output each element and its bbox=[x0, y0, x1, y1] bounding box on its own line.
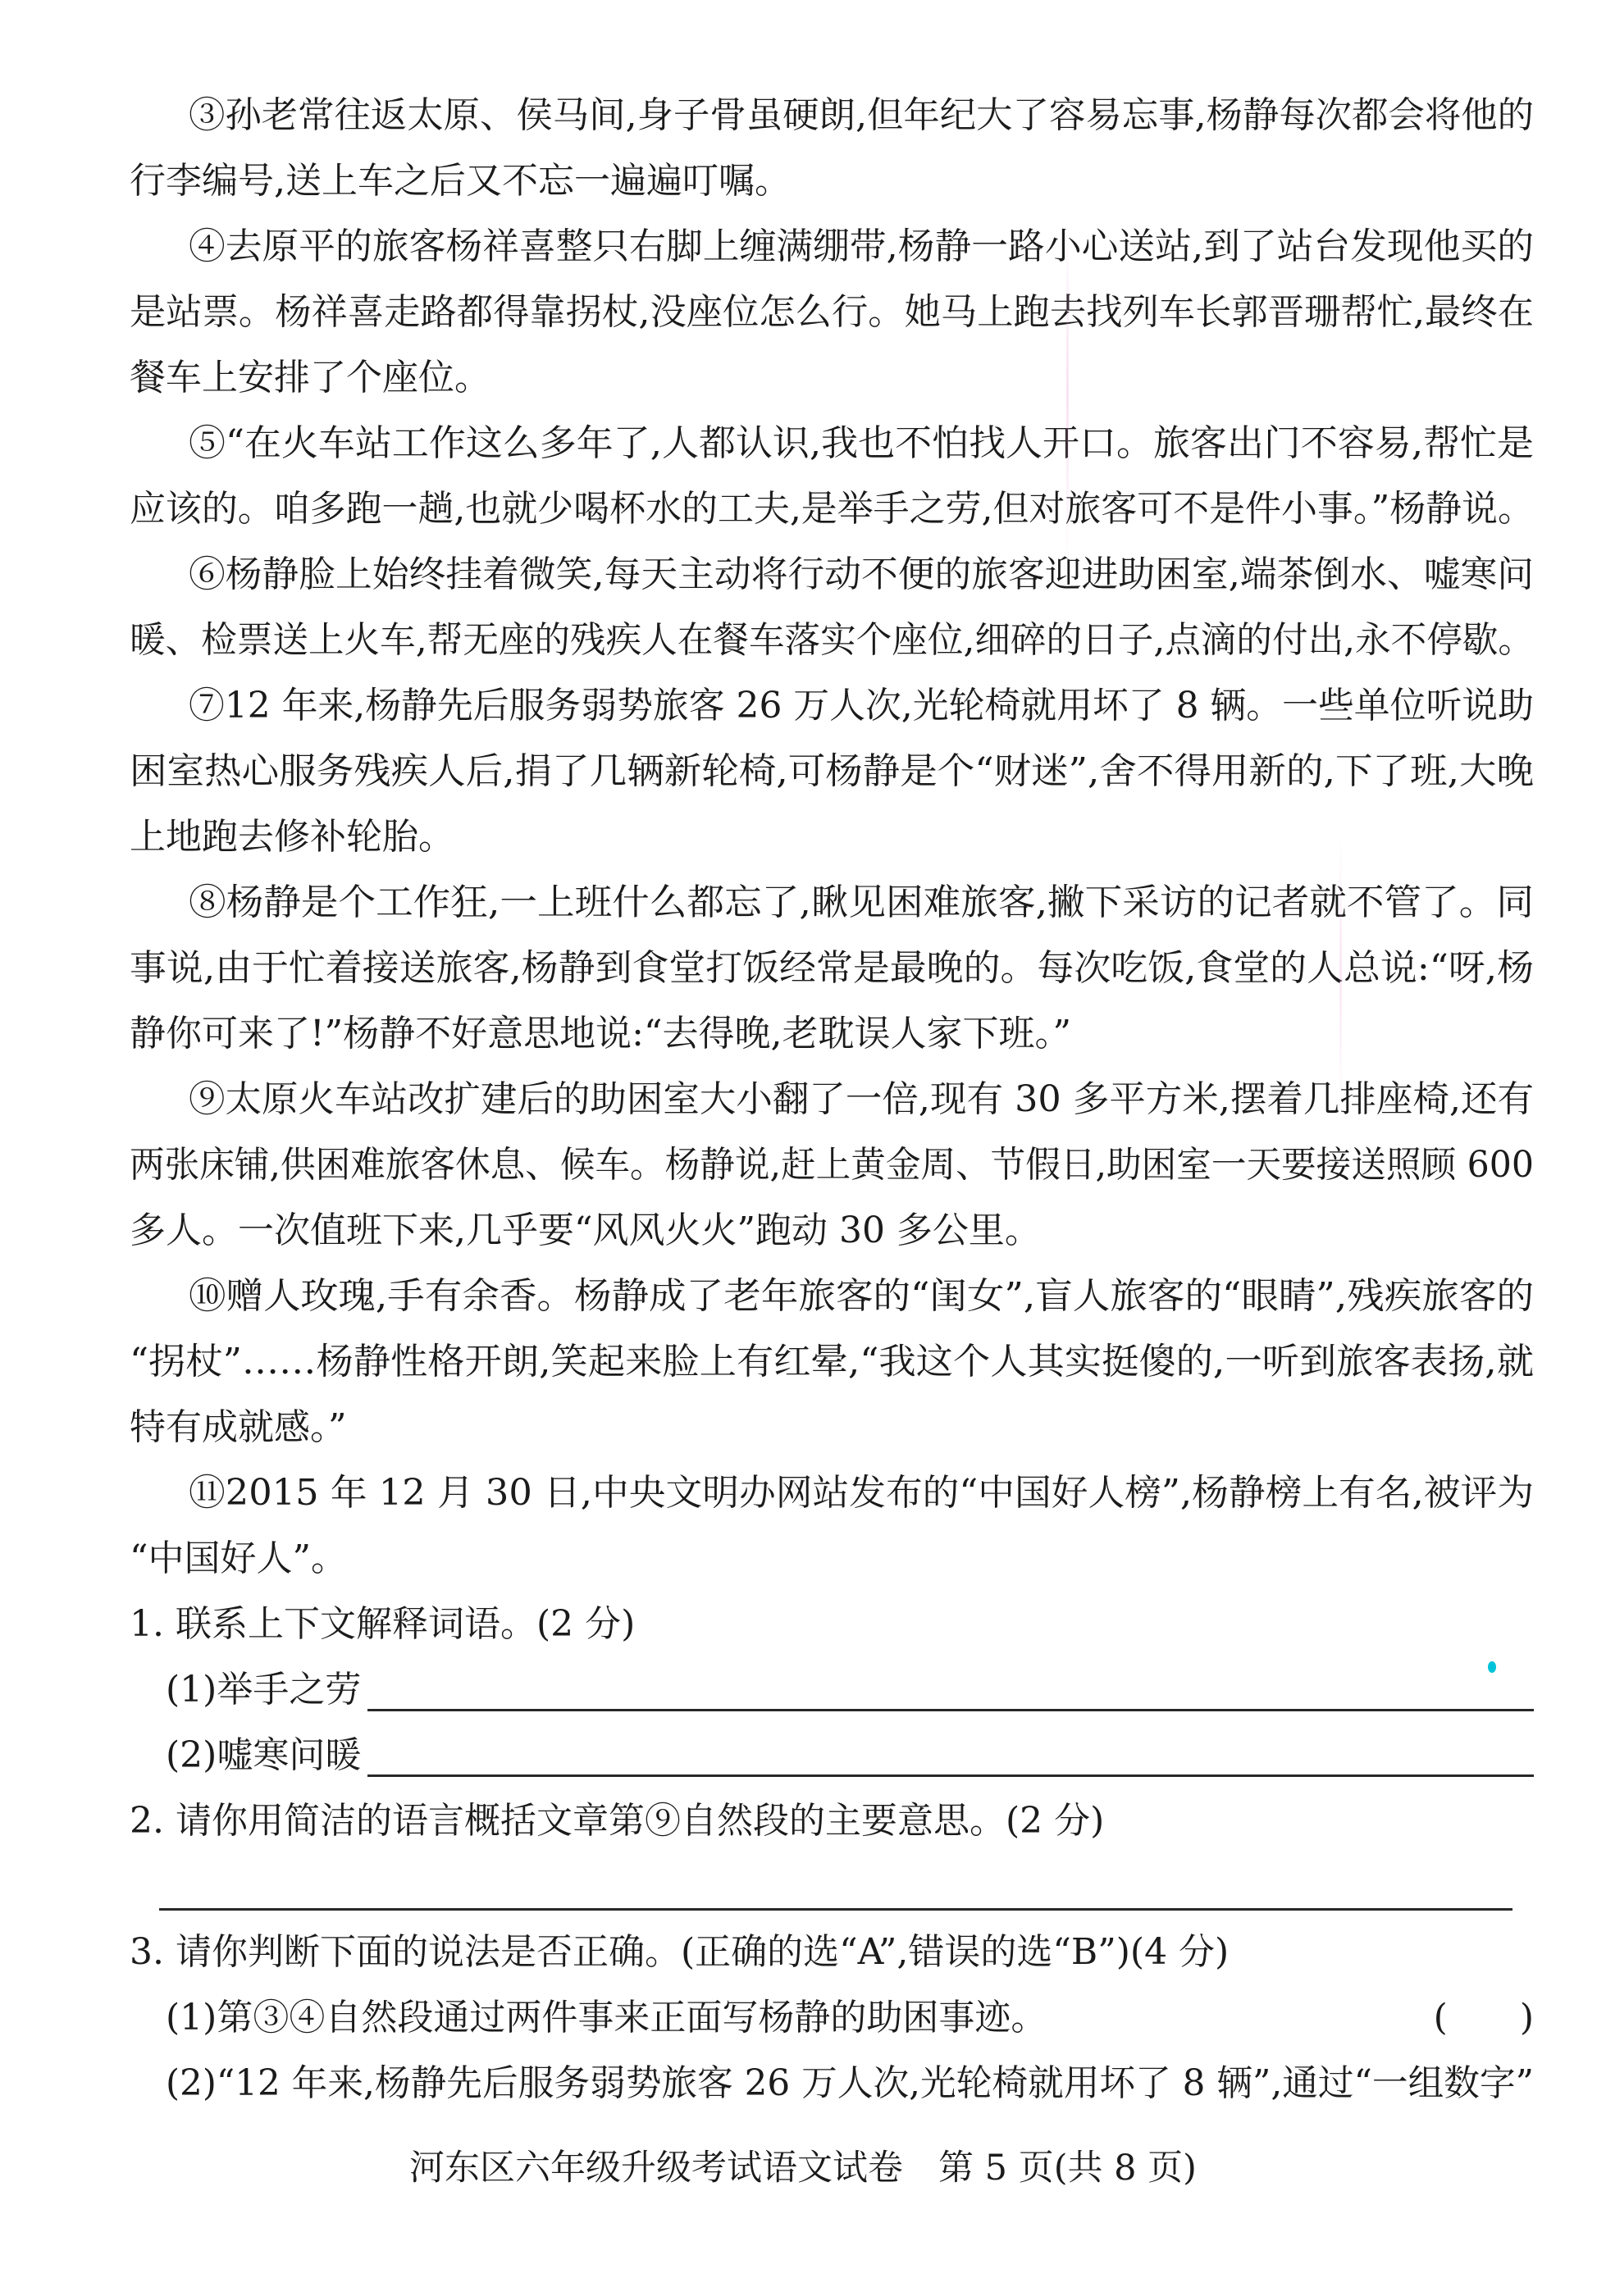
passage-paragraph-8: ⑧杨静是个工作狂,一上班什么都忘了,瞅见困难旅客,撇下采访的记者就不管了。同事说… bbox=[130, 870, 1534, 1067]
page-content: ③孙老常往返太原、侯马间,身子骨虽硬朗,但年纪大了容易忘事,杨静每次都会将他的行… bbox=[130, 83, 1534, 2116]
passage-paragraph-5: ⑤“在火车站工作这么多年了,人都认识,我也不怕找人开口。旅客出门不容易,帮忙是应… bbox=[130, 411, 1534, 542]
passage-line: “中国好人”。 bbox=[130, 1526, 1534, 1592]
passage-paragraph-9: ⑨太原火车站改扩建后的助困室大小翻了一倍,现有 30 多平方米,摆着几排座椅,还… bbox=[130, 1067, 1534, 1264]
question-3-item-2: (2)“12 年来,杨静先后服务弱势旅客 26 万人次,光轮椅就用坏了 8 辆”… bbox=[130, 2051, 1534, 2116]
passage-paragraph-11: ⑪2015 年 12 月 30 日,中央文明办网站发布的“中国好人榜”,杨静榜上… bbox=[130, 1460, 1534, 1592]
passage-line: 暖、检票送上火车,帮无座的残疾人在餐车落实个座位,细碎的日子,点滴的付出,永不停… bbox=[130, 608, 1534, 673]
question-2-text: 2. 请你用简洁的语言概括文章第⑨自然段的主要意思。(2 分) bbox=[130, 1800, 1104, 1842]
question-3-item-1-label: (1)第③④自然段通过两件事来正面写杨静的助困事迹。 bbox=[166, 1985, 1047, 2051]
passage-line: ⑨太原火车站改扩建后的助困室大小翻了一倍,现有 30 多平方米,摆着几排座椅,还… bbox=[130, 1067, 1534, 1132]
passage-paragraph-7: ⑦12 年来,杨静先后服务弱势旅客 26 万人次,光轮椅就用坏了 8 辆。一些单… bbox=[130, 673, 1534, 870]
reading-passage: ③孙老常往返太原、侯马间,身子骨虽硬朗,但年纪大了容易忘事,杨静每次都会将他的行… bbox=[130, 83, 1534, 1592]
question-1-label: 1. 联系上下文解释词语。(2 分) bbox=[130, 1592, 1534, 1657]
question-3-item-2-label: (2)“12 年来,杨静先后服务弱势旅客 26 万人次,光轮椅就用坏了 8 辆”… bbox=[166, 2051, 1534, 2116]
passage-line: 特有成就感。” bbox=[130, 1395, 1534, 1460]
question-3-item-1: (1)第③④自然段通过两件事来正面写杨静的助困事迹。 ( ) bbox=[130, 1985, 1534, 2051]
passage-line: ⑦12 年来,杨静先后服务弱势旅客 26 万人次,光轮椅就用坏了 8 辆。一些单… bbox=[130, 673, 1534, 739]
passage-line: 行李编号,送上车之后又不忘一遍遍叮嘱。 bbox=[130, 148, 1534, 214]
passage-line: 两张床铺,供困难旅客休息、候车。杨静说,赶上黄金周、节假日,助困室一天要接送照顾… bbox=[130, 1132, 1534, 1198]
passage-line: ④去原平的旅客杨祥喜整只右脚上缠满绷带,杨静一路小心送站,到了站台发现他买的 bbox=[130, 214, 1534, 280]
passage-line: 上地跑去修补轮胎。 bbox=[130, 804, 1534, 870]
passage-line: 餐车上安排了个座位。 bbox=[130, 345, 1534, 411]
passage-paragraph-10: ⑩赠人玫瑰,手有余香。杨静成了老年旅客的“闺女”,盲人旅客的“眼睛”,残疾旅客的… bbox=[130, 1264, 1534, 1460]
passage-line: ③孙老常往返太原、侯马间,身子骨虽硬朗,但年纪大了容易忘事,杨静每次都会将他的 bbox=[130, 83, 1534, 148]
answer-blank-line bbox=[367, 1723, 1534, 1777]
question-2-label: 2. 请你用简洁的语言概括文章第⑨自然段的主要意思。(2 分) bbox=[130, 1788, 1534, 1854]
passage-line: 静你可来了!”杨静不好意思地说:“去得晚,老耽误人家下班。” bbox=[130, 1001, 1534, 1067]
question-1-item-2-label: (2)嘘寒问暖 bbox=[166, 1723, 361, 1788]
passage-line: 事说,由于忙着接送旅客,杨静到食堂打饭经常是最晚的。每次吃饭,食堂的人总说:“呀… bbox=[130, 936, 1534, 1001]
scan-artifact-dot bbox=[1488, 1661, 1496, 1673]
passage-line: “拐杖”……杨静性格开朗,笑起来脸上有红晕,“我这个人其实挺傻的,一听到旅客表扬… bbox=[130, 1329, 1534, 1395]
passage-line: ⑧杨静是个工作狂,一上班什么都忘了,瞅见困难旅客,撇下采访的记者就不管了。同 bbox=[130, 870, 1534, 936]
question-2-answer-row bbox=[130, 1854, 1534, 1920]
page-footer: 河东区六年级升级考试语文试卷 第 5 页(共 8 页) bbox=[0, 2142, 1606, 2194]
answer-blank-line bbox=[159, 1854, 1512, 1911]
passage-line: ⑪2015 年 12 月 30 日,中央文明办网站发布的“中国好人榜”,杨静榜上… bbox=[130, 1460, 1534, 1526]
passage-line: 困室热心服务残疾人后,捐了几辆新轮椅,可杨静是个“财迷”,舍不得用新的,下了班,… bbox=[130, 739, 1534, 804]
passage-paragraph-6: ⑥杨静脸上始终挂着微笑,每天主动将行动不便的旅客迎进助困室,端茶倒水、嘘寒问暖、… bbox=[130, 542, 1534, 673]
question-3-label: 3. 请你判断下面的说法是否正确。(正确的选“A”,错误的选“B”)(4 分) bbox=[130, 1920, 1534, 1985]
passage-line: 应该的。咱多跑一趟,也就少喝杯水的工夫,是举手之劳,但对旅客可不是件小事。”杨静… bbox=[130, 476, 1534, 542]
passage-paragraph-3: ③孙老常往返太原、侯马间,身子骨虽硬朗,但年纪大了容易忘事,杨静每次都会将他的行… bbox=[130, 83, 1534, 214]
question-1-item-1: (1)举手之劳 bbox=[130, 1657, 1534, 1723]
passage-line: ⑥杨静脸上始终挂着微笑,每天主动将行动不便的旅客迎进助困室,端茶倒水、嘘寒问 bbox=[130, 542, 1534, 608]
question-1-item-2: (2)嘘寒问暖 bbox=[130, 1723, 1534, 1788]
answer-parentheses: ( ) bbox=[1434, 1985, 1534, 2051]
passage-line: 多人。一次值班下来,几乎要“风风火火”跑动 30 多公里。 bbox=[130, 1198, 1534, 1264]
passage-line: ⑤“在火车站工作这么多年了,人都认识,我也不怕找人开口。旅客出门不容易,帮忙是 bbox=[130, 411, 1534, 476]
passage-line: 是站票。杨祥喜走路都得靠拐杖,没座位怎么行。她马上跑去找列车长郭晋珊帮忙,最终在 bbox=[130, 280, 1534, 345]
answer-blank-line bbox=[367, 1657, 1534, 1711]
question-3-text: 3. 请你判断下面的说法是否正确。(正确的选“A”,错误的选“B”)(4 分) bbox=[130, 1931, 1229, 1973]
passage-paragraph-4: ④去原平的旅客杨祥喜整只右脚上缠满绷带,杨静一路小心送站,到了站台发现他买的是站… bbox=[130, 214, 1534, 411]
passage-line: ⑩赠人玫瑰,手有余香。杨静成了老年旅客的“闺女”,盲人旅客的“眼睛”,残疾旅客的 bbox=[130, 1264, 1534, 1329]
question-1-text: 1. 联系上下文解释词语。(2 分) bbox=[130, 1603, 635, 1645]
questions-section: 1. 联系上下文解释词语。(2 分) (1)举手之劳 (2)嘘寒问暖 2. 请你… bbox=[130, 1592, 1534, 2116]
exam-page: ③孙老常往返太原、侯马间,身子骨虽硬朗,但年纪大了容易忘事,杨静每次都会将他的行… bbox=[0, 0, 1606, 2296]
question-1-item-1-label: (1)举手之劳 bbox=[166, 1657, 361, 1723]
